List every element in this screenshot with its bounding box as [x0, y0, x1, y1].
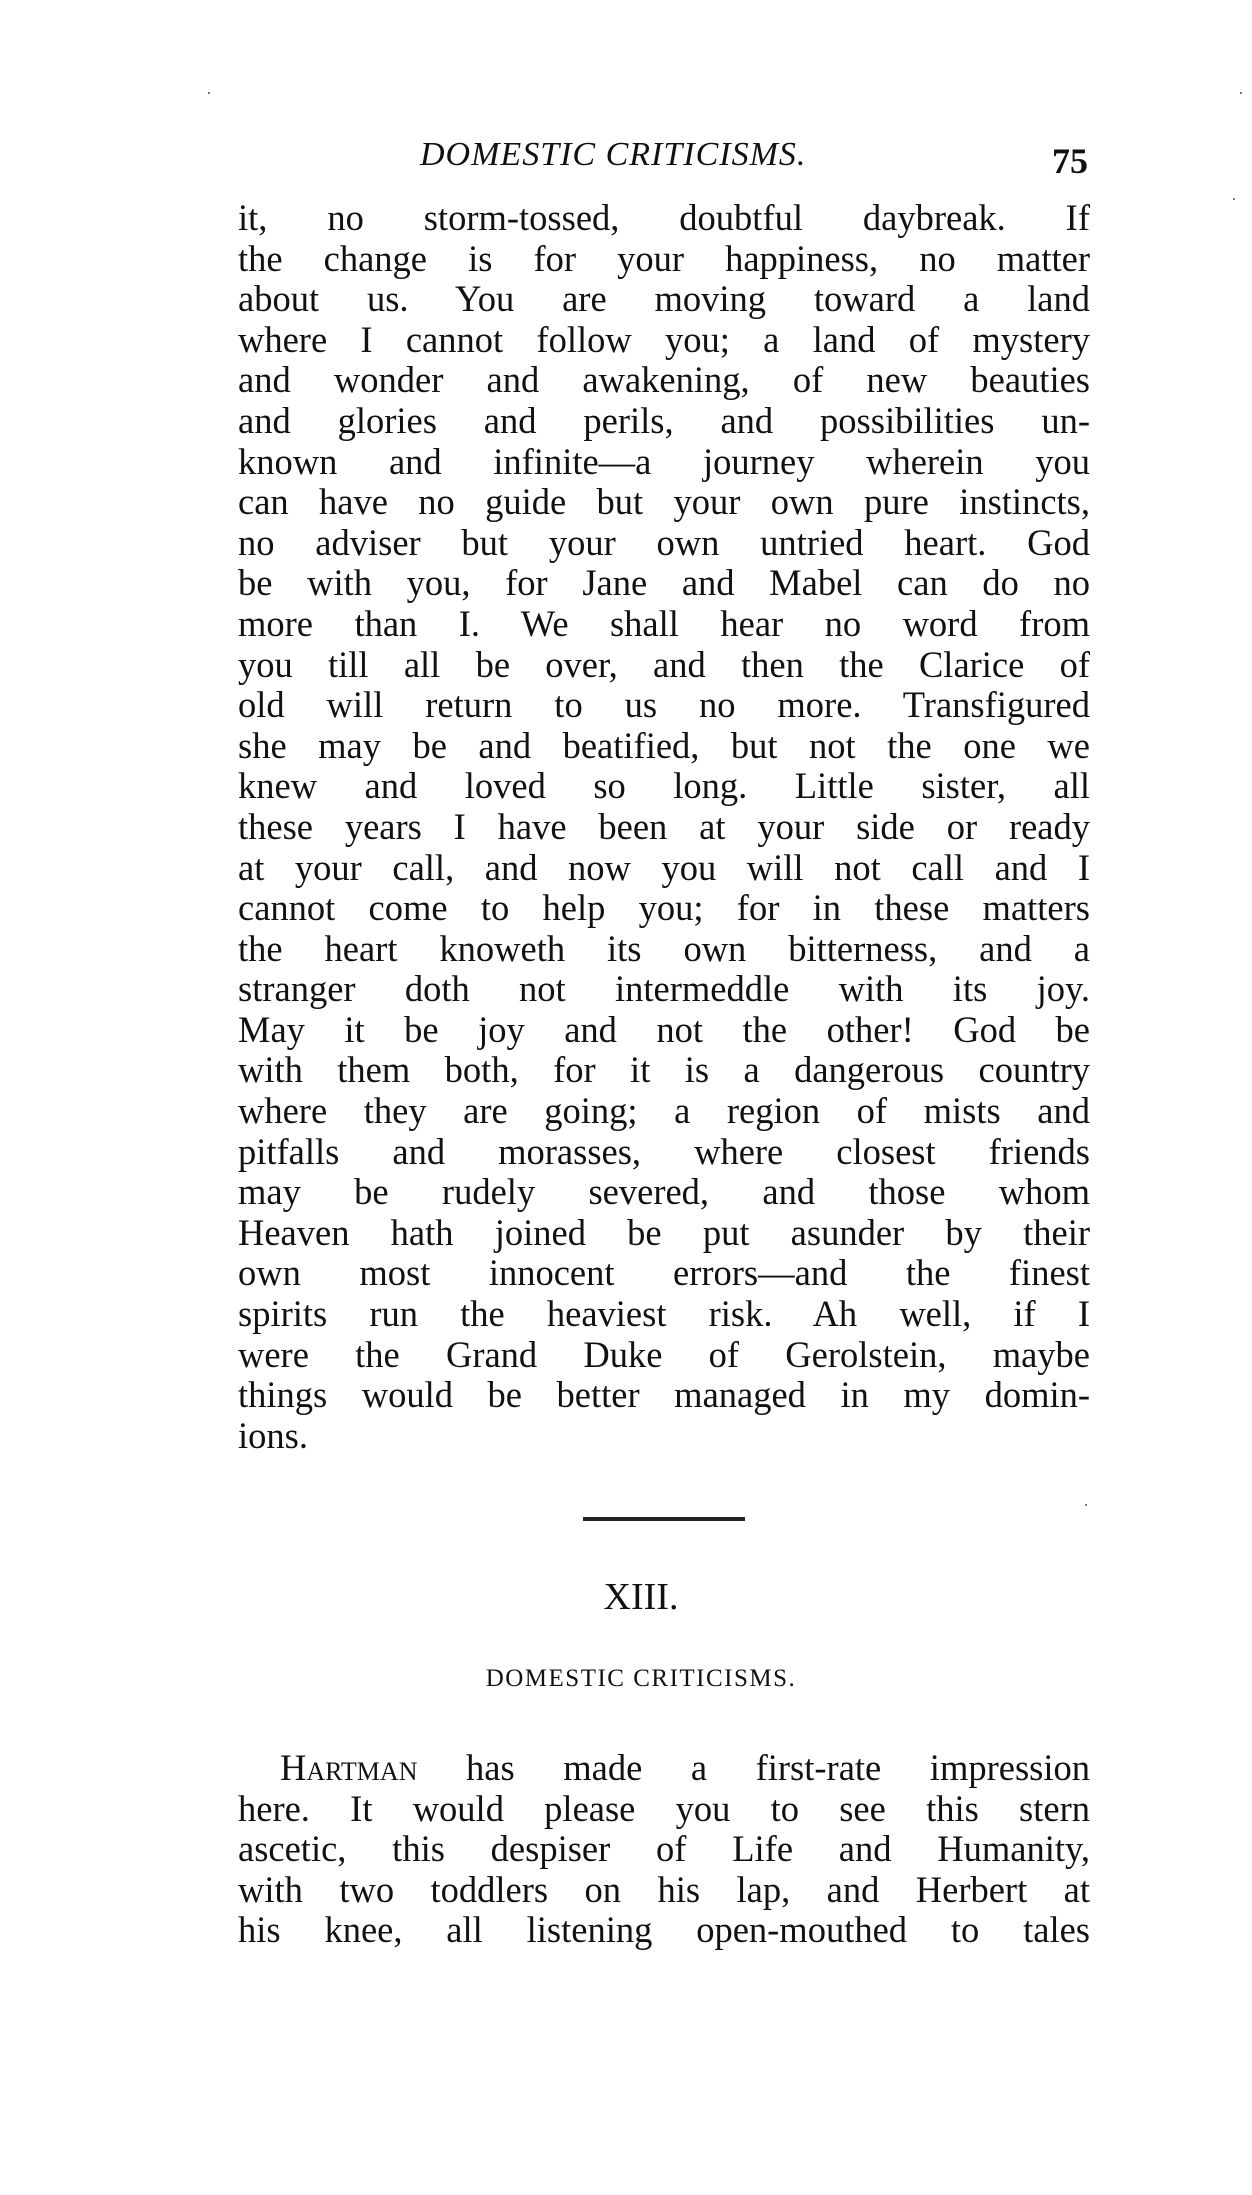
- scan-speck: [1240, 92, 1242, 94]
- text-line: things would be better managed in my dom…: [238, 1375, 1090, 1416]
- text-line: can have no guide but your own pure inst…: [238, 482, 1090, 523]
- text-line: no adviser but your own untried heart. G…: [238, 523, 1090, 564]
- scan-speck: [1085, 1504, 1087, 1506]
- scan-speck: [1233, 198, 1235, 200]
- section-divider-rule: [583, 1517, 745, 1521]
- text-line: May it be joy and not the other! God be: [238, 1010, 1090, 1051]
- lead-word: Hartman: [280, 1747, 417, 1788]
- text-line: where I cannot follow you; a land of mys…: [238, 320, 1090, 361]
- text-line: spirits run the heaviest risk. Ah well, …: [238, 1294, 1090, 1335]
- text-line: Heaven hath joined be put asunder by the…: [238, 1213, 1090, 1254]
- first-line-rest: has made a first-rate impression: [417, 1747, 1090, 1788]
- text-line: ions.: [238, 1416, 1090, 1457]
- text-line: you till all be over, and then the Clari…: [238, 645, 1090, 686]
- text-line: may be rudely severed, and those whom: [238, 1172, 1090, 1213]
- text-line: the change is for your happiness, no mat…: [238, 239, 1090, 280]
- continued-paragraph: it, no storm-tossed, doubtful daybreak. …: [238, 198, 1090, 1456]
- text-line: she may be and beatified, but not the on…: [238, 726, 1090, 767]
- text-line: cannot come to help you; for in these ma…: [238, 888, 1090, 929]
- text-line: with two toddlers on his lap, and Herber…: [238, 1870, 1090, 1911]
- text-line: pitfalls and morasses, where closest fri…: [238, 1132, 1090, 1173]
- text-line: were the Grand Duke of Gerolstein, maybe: [238, 1335, 1090, 1376]
- text-line: with them both, for it is a dangerous co…: [238, 1050, 1090, 1091]
- text-line: where they are going; a region of mists …: [238, 1091, 1090, 1132]
- text-line: more than I. We shall hear no word from: [238, 604, 1090, 645]
- text-line: ascetic, this despiser of Life and Human…: [238, 1829, 1090, 1870]
- text-line: be with you, for Jane and Mabel can do n…: [238, 563, 1090, 604]
- text-line: and wonder and awakening, of new beautie…: [238, 360, 1090, 401]
- text-line: known and infinite—a journey wherein you: [238, 442, 1090, 483]
- page-number: 75: [1052, 140, 1088, 182]
- running-head: DOMESTIC CRITICISMS.: [420, 136, 806, 174]
- text-line: and glories and perils, and possibilitie…: [238, 401, 1090, 442]
- text-line: it, no storm-tossed, doubtful daybreak. …: [238, 198, 1090, 239]
- text-line: stranger doth not intermeddle with its j…: [238, 969, 1090, 1010]
- text-line: own most innocent errors—and the finest: [238, 1253, 1090, 1294]
- chapter-number: XIII.: [0, 1575, 1252, 1619]
- text-line: about us. You are moving toward a land: [238, 279, 1090, 320]
- text-line: old will return to us no more. Transfigu…: [238, 685, 1090, 726]
- text-line: knew and loved so long. Little sister, a…: [238, 766, 1090, 807]
- new-paragraph: Hartman has made a first-rate impression…: [238, 1748, 1090, 1951]
- text-line-first: Hartman has made a first-rate impression: [238, 1748, 1090, 1789]
- scan-speck: [208, 92, 210, 94]
- text-line: the heart knoweth its own bitterness, an…: [238, 929, 1090, 970]
- text-line: here. It would please you to see this st…: [238, 1789, 1090, 1830]
- text-line: at your call, and now you will not call …: [238, 848, 1090, 889]
- text-line: his knee, all listening open-mouthed to …: [238, 1910, 1090, 1951]
- text-line: these years I have been at your side or …: [238, 807, 1090, 848]
- chapter-title: DOMESTIC CRITICISMS.: [0, 1665, 1252, 1693]
